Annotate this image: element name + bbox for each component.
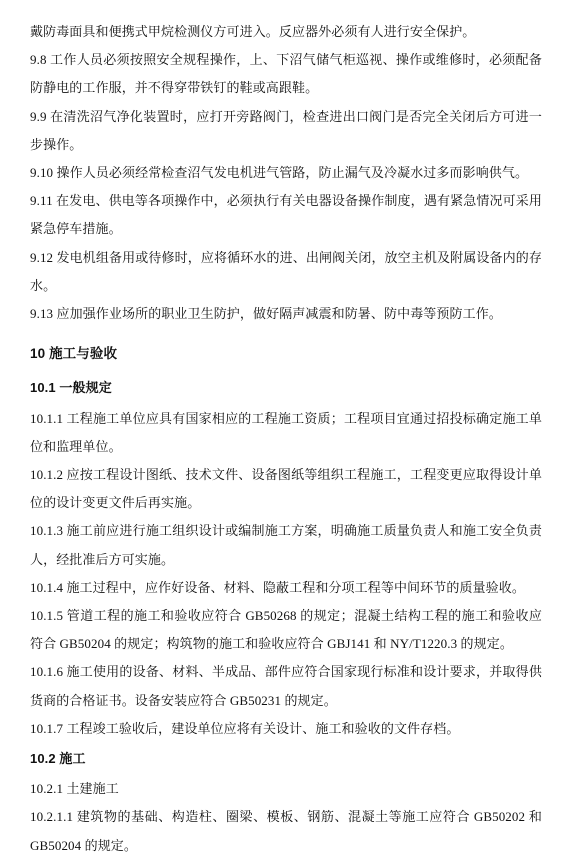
paragraph: 10.1.4 施工过程中，应作好设备、材料、隐蔽工程和分项工程等中间环节的质量验… [30,574,542,602]
paragraph: 戴防毒面具和便携式甲烷检测仪方可进入。反应器外必须有人进行安全保护。 [30,18,542,46]
paragraph: 9.8 工作人员必须按照安全规程操作，上、下沼气储气柜巡视、操作或维修时，必须配… [30,46,542,102]
paragraph: 10.1.6 施工使用的设备、材料、半成品、部件应符合国家现行标准和设计要求，并… [30,658,542,714]
section-heading: 10.1 一般规定 [30,374,542,402]
paragraph: 10.1.3 施工前应进行施工组织设计或编制施工方案，明确施工质量负责人和施工安… [30,517,542,573]
paragraph: 9.11 在发电、供电等各项操作中，必须执行有关电器设备操作制度，遇有紧急情况可… [30,187,542,243]
paragraph: 9.13 应加强作业场所的职业卫生防护，做好隔声减震和防暑、防中毒等预防工作。 [30,300,542,328]
paragraph: 10.1.7 工程竣工验收后，建设单位应将有关设计、施工和验收的文件存档。 [30,715,542,743]
paragraph: 10.1.5 管道工程的施工和验收应符合 GB50268 的规定；混凝土结构工程… [30,602,542,658]
document-page: 戴防毒面具和便携式甲烷检测仪方可进入。反应器外必须有人进行安全保护。9.8 工作… [0,0,571,868]
section-heading: 10.2 施工 [30,745,542,773]
chapter-heading: 10 施工与验收 [30,340,542,368]
subsection-heading: 10.2.1 土建施工 [30,775,542,803]
paragraph: 10.1.1 工程施工单位应具有国家相应的工程施工资质；工程项目宜通过招投标确定… [30,405,542,461]
paragraph: 9.12 发电机组备用或待修时，应将循环水的进、出闸阀关闭，放空主机及附属设备内… [30,244,542,300]
paragraph: 10.1.2 应按工程设计图纸、技术文件、设备图纸等组织工程施工，工程变更应取得… [30,461,542,517]
paragraph: 9.9 在清洗沼气净化装置时，应打开旁路阀门，检查进出口阀门是否完全关闭后方可进… [30,103,542,159]
paragraph: 10.2.1.1 建筑物的基础、构造柱、圈梁、模板、钢筋、混凝土等施工应符合 G… [30,803,542,859]
paragraph: 9.10 操作人员必须经常检查沼气发电机进气管路，防止漏气及冷凝水过多而影响供气… [30,159,542,187]
